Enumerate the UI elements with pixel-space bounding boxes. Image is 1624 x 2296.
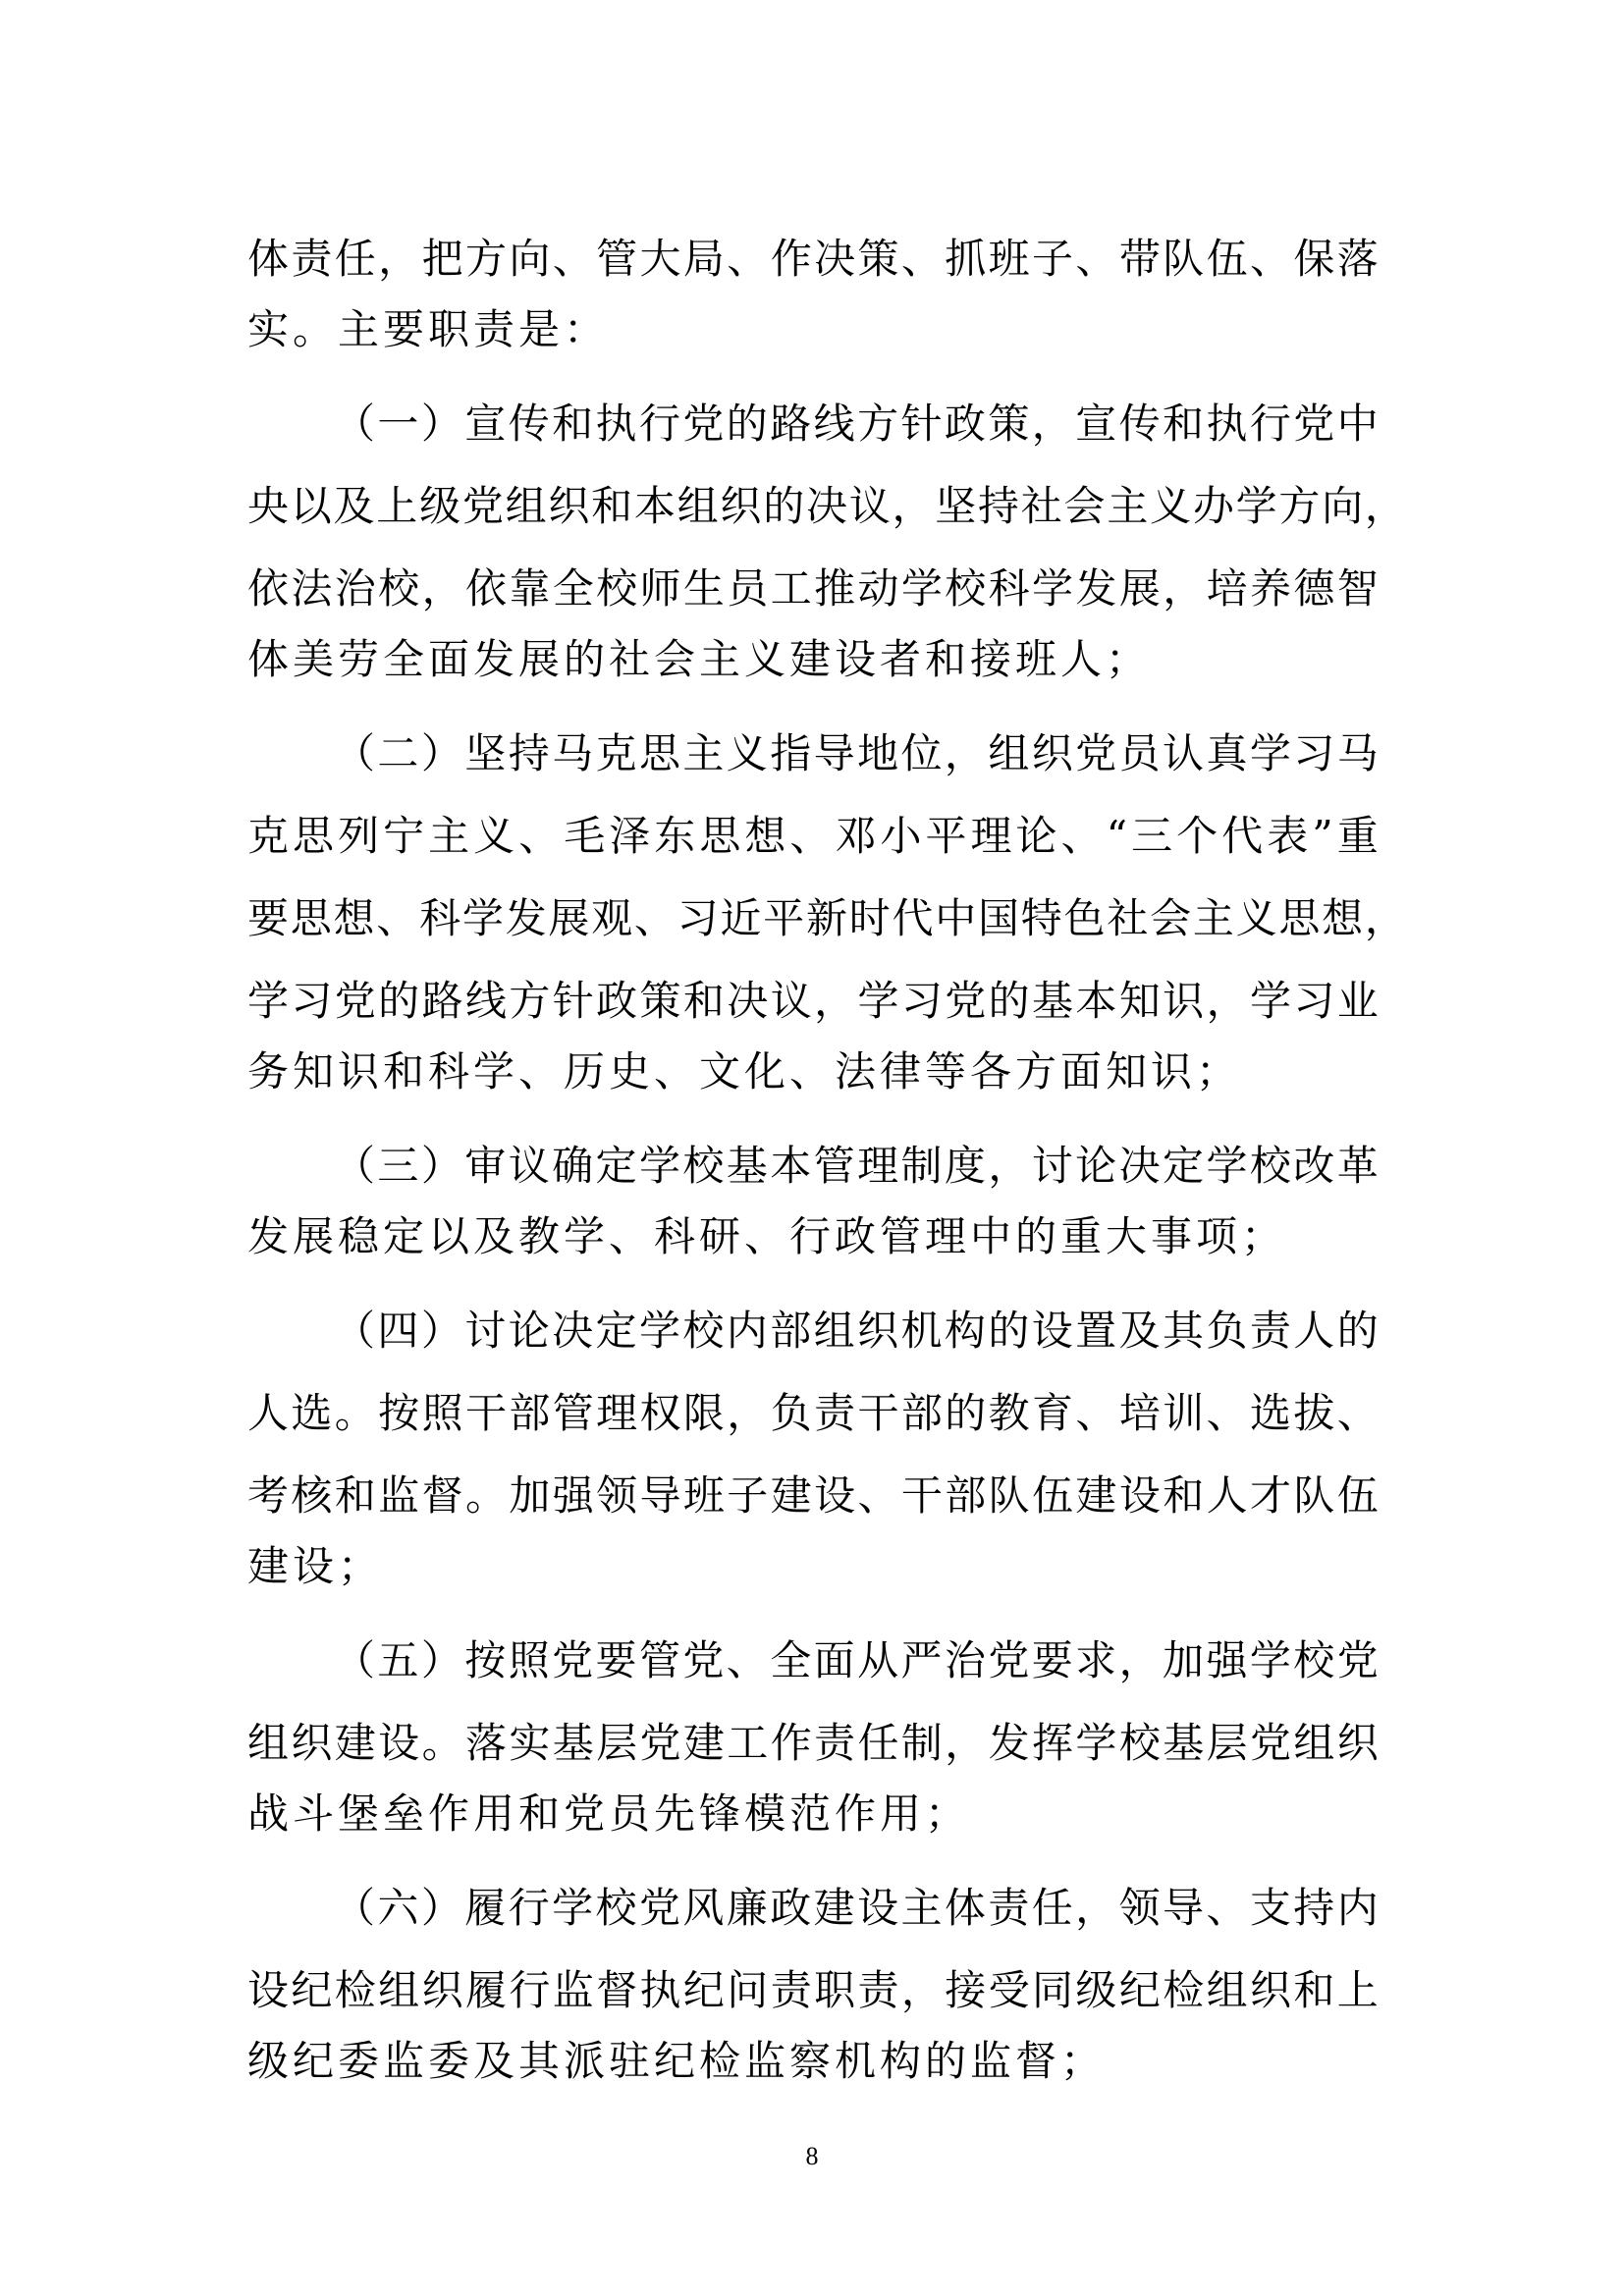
glyph: 传 — [509, 395, 550, 454]
glyph: 部 — [770, 1302, 811, 1361]
glyph: 织 — [857, 1302, 898, 1361]
glyph: 受 — [989, 1961, 1030, 2020]
glyph: 子 — [727, 1467, 768, 1525]
text-line: 实。主要职责是： — [247, 300, 1379, 383]
glyph: 宁 — [383, 807, 424, 866]
glyph: 督 — [596, 1961, 637, 2020]
glyph: 管 — [814, 1137, 855, 1196]
glyph: 责 — [814, 1714, 855, 1773]
glyph: 严 — [900, 1631, 942, 1690]
glyph: 班 — [989, 230, 1030, 289]
glyph: 强 — [1206, 1631, 1247, 1690]
glyph: 义 — [1236, 889, 1277, 948]
glyph: 党 — [462, 477, 504, 536]
glyph: 社 — [1021, 477, 1062, 536]
glyph: 及 — [1119, 1302, 1161, 1361]
text-line: 人选。按照干部管理权限，负责干部的教育、培训、选拔、 — [247, 1372, 1379, 1455]
glyph: 三 — [377, 1137, 418, 1196]
glyph: 履 — [464, 1879, 506, 1938]
glyph: （ — [334, 1879, 375, 1938]
text-line: 克思列宁主义、毛泽东思想、邓小平理论、“三个代表”重 — [247, 795, 1379, 878]
glyph: 伍 — [1337, 1467, 1379, 1525]
glyph: 理 — [857, 1137, 898, 1196]
glyph: 真 — [1206, 724, 1247, 783]
glyph: 推 — [814, 560, 855, 618]
glyph: ） — [421, 1302, 462, 1361]
glyph: 、 — [901, 230, 943, 289]
glyph: 检 — [335, 1961, 376, 2020]
glyph: 织 — [548, 477, 589, 536]
glyph: 、 — [1337, 1384, 1379, 1443]
glyph: 班 — [683, 1467, 725, 1525]
glyph: 任 — [335, 230, 376, 289]
glyph: 人 — [1293, 1302, 1334, 1361]
glyph: 级 — [1075, 1961, 1116, 2020]
glyph: 领 — [596, 1467, 637, 1525]
glyph: 导 — [1163, 1879, 1204, 1938]
glyph: 针 — [900, 395, 942, 454]
glyph: 路 — [422, 972, 463, 1031]
glyph: 线 — [814, 395, 855, 454]
glyph: 求 — [1075, 1631, 1116, 1690]
glyph: 政 — [596, 972, 637, 1031]
glyph: 任 — [1032, 1879, 1073, 1938]
glyph: 置 — [1075, 1302, 1116, 1361]
glyph: 和 — [335, 1467, 376, 1525]
glyph: 廉 — [727, 1879, 768, 1938]
glyph: 展 — [1119, 560, 1161, 618]
glyph: ， — [945, 1714, 986, 1773]
glyph: 人 — [1207, 1467, 1248, 1525]
glyph: 党 — [1075, 724, 1116, 783]
glyph: 工 — [771, 560, 812, 618]
glyph: 执 — [1206, 395, 1247, 454]
glyph: 表 — [1267, 807, 1308, 866]
glyph: 持 — [1293, 1879, 1334, 1938]
glyph: 方 — [1278, 477, 1320, 536]
glyph: 党 — [945, 972, 986, 1031]
glyph: 履 — [465, 1961, 507, 2020]
glyph: 其 — [1163, 1302, 1204, 1361]
glyph: 的 — [945, 1384, 986, 1443]
glyph: 义 — [473, 807, 514, 866]
glyph: 认 — [1163, 724, 1204, 783]
glyph: ， — [901, 1961, 943, 2020]
glyph: 纪 — [1119, 1961, 1161, 2020]
glyph: ， — [1032, 395, 1073, 454]
glyph: 育 — [1032, 1384, 1073, 1443]
glyph: 坚 — [464, 724, 506, 783]
glyph: （ — [334, 395, 375, 454]
glyph: 建 — [1075, 1467, 1116, 1525]
glyph: 。 — [465, 1467, 507, 1525]
glyph: 教 — [989, 1384, 1030, 1443]
glyph: 局 — [683, 230, 725, 289]
glyph: 拔 — [1293, 1384, 1334, 1443]
glyph: 人 — [247, 1384, 289, 1443]
paragraph-2-start: （二）坚持马克思主义指导地位，组织党员认真学习马 — [247, 713, 1379, 795]
glyph: 中 — [1337, 395, 1379, 454]
glyph: 设 — [1119, 1467, 1161, 1525]
glyph: 导 — [640, 1467, 681, 1525]
glyph: 照 — [422, 1384, 463, 1443]
glyph: 策 — [640, 972, 681, 1031]
glyph: 德 — [1293, 560, 1334, 618]
glyph: 政 — [945, 395, 986, 454]
glyph: 策 — [857, 230, 898, 289]
glyph: 想 — [1322, 889, 1363, 948]
glyph: 发 — [506, 889, 547, 948]
glyph: 设 — [247, 1961, 289, 2020]
glyph: ， — [814, 972, 855, 1031]
glyph: 限 — [683, 1384, 725, 1443]
glyph: 策 — [988, 395, 1029, 454]
glyph: 论 — [1075, 1137, 1116, 1196]
glyph: 平 — [763, 889, 804, 948]
glyph: 会 — [1064, 477, 1106, 536]
glyph: 依 — [247, 560, 289, 618]
glyph: 选 — [1250, 1384, 1291, 1443]
paragraph-3-start: （三）审议确定学校基本管理制度，讨论决定学校改革 — [247, 1125, 1379, 1207]
glyph: 宣 — [464, 395, 506, 454]
glyph: ） — [421, 395, 462, 454]
glyph: 议 — [849, 477, 891, 536]
text-line: 务知识和科学、历史、文化、法律等各方面知识； — [247, 1042, 1379, 1125]
glyph: 、 — [1075, 230, 1116, 289]
glyph: 体 — [945, 1879, 986, 1938]
glyph: 队 — [989, 1467, 1030, 1525]
glyph: ） — [421, 1631, 462, 1690]
glyph: 接 — [945, 1961, 986, 2020]
glyph: 党 — [640, 1714, 681, 1773]
glyph: 决 — [1119, 1137, 1161, 1196]
glyph: 平 — [925, 807, 966, 866]
glyph: 位 — [900, 724, 942, 783]
glyph: ” — [1312, 807, 1332, 866]
glyph: 习 — [901, 972, 943, 1031]
glyph: 上 — [376, 477, 417, 536]
glyph: 主 — [1193, 889, 1234, 948]
glyph: 落 — [465, 1714, 507, 1773]
glyph: 才 — [1250, 1467, 1291, 1525]
glyph: （ — [334, 724, 375, 783]
glyph: 领 — [1119, 1879, 1161, 1938]
glyph: 决 — [552, 1302, 593, 1361]
glyph: 行 — [509, 1879, 550, 1938]
glyph: （ — [334, 1631, 375, 1690]
glyph: 持 — [978, 477, 1019, 536]
glyph: 习 — [1293, 972, 1334, 1031]
glyph: 建 — [814, 1879, 855, 1938]
glyph: 、 — [518, 807, 560, 866]
glyph: 织 — [1032, 724, 1073, 783]
text-line: 体责任，把方向、管大局、作决策、抓班子、带队伍、保落 — [247, 218, 1379, 300]
glyph: 层 — [596, 1714, 637, 1773]
glyph: 社 — [1107, 889, 1148, 948]
glyph: 主 — [428, 807, 469, 866]
glyph: 业 — [1337, 972, 1379, 1031]
glyph: 组 — [378, 1961, 419, 2020]
glyph: 学 — [1250, 1631, 1291, 1690]
glyph: 决 — [814, 230, 855, 289]
glyph: 学 — [1206, 1137, 1247, 1196]
glyph: 织 — [422, 1961, 463, 2020]
glyph: 新 — [806, 889, 847, 948]
glyph: 全 — [553, 560, 594, 618]
glyph: 纪 — [683, 1961, 725, 2020]
glyph: 要 — [1032, 1631, 1073, 1690]
glyph: 方 — [509, 972, 550, 1031]
glyph: 坚 — [935, 477, 976, 536]
glyph: （ — [334, 1137, 375, 1196]
glyph: 校 — [945, 560, 986, 618]
body-text: 体责任，把方向、管大局、作决策、抓班子、带队伍、保落 实。主要职责是： （一）宣… — [247, 218, 1379, 2114]
glyph: 的 — [727, 395, 768, 454]
glyph: 织 — [291, 1714, 332, 1773]
glyph: 习 — [291, 972, 332, 1031]
glyph: 思 — [293, 807, 334, 866]
glyph: 党 — [1337, 1631, 1379, 1690]
glyph: 思 — [291, 889, 332, 948]
glyph: 任 — [857, 1714, 898, 1773]
glyph: 依 — [465, 560, 507, 618]
glyph: 办 — [1193, 477, 1234, 536]
glyph: 、 — [1075, 1384, 1116, 1443]
glyph: 体 — [247, 230, 289, 289]
glyph: （ — [334, 1302, 375, 1361]
glyph: 央 — [247, 477, 289, 536]
glyph: 政 — [770, 1879, 811, 1938]
glyph: 确 — [552, 1137, 593, 1196]
glyph: 问 — [727, 1961, 768, 2020]
glyph: 管 — [553, 1384, 594, 1443]
glyph: 按 — [464, 1631, 506, 1690]
glyph: 思 — [1278, 889, 1320, 948]
glyph: 智 — [1337, 560, 1379, 618]
glyph: 督 — [422, 1467, 463, 1525]
glyph: 基 — [1032, 972, 1073, 1031]
glyph: 学 — [1236, 477, 1277, 536]
glyph: 大 — [640, 230, 681, 289]
document-page: 体责任，把方向、管大局、作决策、抓班子、带队伍、保落 实。主要职责是： （一）宣… — [0, 0, 1624, 2296]
glyph: 培 — [1119, 1384, 1161, 1443]
glyph: 把 — [422, 230, 463, 289]
glyph: 核 — [291, 1467, 332, 1525]
glyph: 带 — [1119, 230, 1161, 289]
glyph: 党 — [1293, 395, 1334, 454]
glyph: 行 — [509, 1961, 550, 2020]
glyph: 养 — [1250, 560, 1291, 618]
glyph: 执 — [596, 395, 637, 454]
glyph: 发 — [989, 1714, 1030, 1773]
glyph: 定 — [596, 1302, 637, 1361]
glyph: 学 — [1032, 560, 1073, 618]
glyph: ， — [422, 560, 463, 618]
glyph: ， — [1207, 972, 1248, 1031]
paragraph-5-start: （五）按照党要管党、全面从严治党要求，加强学校党 — [247, 1620, 1379, 1702]
glyph: 责 — [771, 1961, 812, 2020]
glyph: 构 — [945, 1302, 986, 1361]
glyph: 加 — [509, 1467, 550, 1525]
glyph: 组 — [988, 724, 1029, 783]
glyph: 作 — [771, 1714, 812, 1773]
glyph: 校 — [1119, 1714, 1161, 1773]
glyph: 知 — [1119, 972, 1161, 1031]
glyph: 二 — [377, 724, 418, 783]
glyph: 义 — [727, 724, 768, 783]
glyph: 特 — [1021, 889, 1062, 948]
glyph: 主 — [1107, 477, 1148, 536]
glyph: 本 — [634, 477, 676, 536]
glyph: 主 — [682, 724, 724, 783]
glyph: 重 — [1337, 807, 1379, 866]
glyph: 监 — [378, 1467, 419, 1525]
glyph: 定 — [1163, 1137, 1204, 1196]
glyph: 义 — [1150, 477, 1191, 536]
glyph: 生 — [683, 560, 725, 618]
glyph: 想 — [744, 807, 785, 866]
glyph: 检 — [1163, 1961, 1204, 2020]
paragraph-6-start: （六）履行学校党风廉政建设主体责任，领导、支持内 — [247, 1867, 1379, 1949]
glyph: 学 — [1250, 972, 1291, 1031]
glyph: 近 — [720, 889, 761, 948]
glyph: 的 — [763, 477, 804, 536]
glyph: 路 — [770, 395, 811, 454]
glyph: 一 — [377, 395, 418, 454]
glyph: 上 — [1337, 1961, 1379, 2020]
text-line: 考核和监督。加强领导班子建设、干部队伍建设和人才队伍 — [247, 1455, 1379, 1537]
glyph: 度 — [945, 1137, 986, 1196]
glyph: 党 — [988, 1631, 1029, 1690]
glyph: 干 — [465, 1384, 507, 1443]
glyph: 定 — [596, 1137, 637, 1196]
glyph: 组 — [677, 477, 719, 536]
paragraph-1-start: （一）宣传和执行党的路线方针政策，宣传和执行党中 — [247, 383, 1379, 465]
glyph: 科 — [989, 560, 1030, 618]
glyph: 的 — [989, 972, 1030, 1031]
glyph: 四 — [377, 1302, 418, 1361]
glyph: 干 — [901, 1467, 943, 1525]
glyph: 习 — [677, 889, 719, 948]
glyph: 党 — [552, 1631, 593, 1690]
glyph: 级 — [419, 477, 460, 536]
glyph: 议 — [509, 1137, 550, 1196]
glyph: 落 — [1337, 230, 1379, 289]
glyph: 宣 — [1075, 395, 1116, 454]
glyph: 组 — [247, 1714, 289, 1773]
glyph: 全 — [770, 1631, 811, 1690]
glyph: 层 — [1207, 1714, 1248, 1773]
glyph: 、 — [789, 807, 831, 866]
glyph: 。 — [335, 1384, 376, 1443]
glyph: 组 — [814, 1302, 855, 1361]
glyph: 思 — [699, 807, 740, 866]
glyph: ， — [892, 477, 933, 536]
glyph: 校 — [682, 1137, 724, 1196]
glyph: 校 — [378, 560, 419, 618]
text-line: 央以及上级党组织和本组织的决议，坚持社会主义办学方向， — [247, 465, 1406, 548]
glyph: 员 — [1119, 724, 1161, 783]
text-line: 学习党的路线方针政策和决议，学习党的基本知识，学习业 — [247, 960, 1379, 1042]
glyph: 基 — [727, 1137, 768, 1196]
glyph: 设 — [378, 1714, 419, 1773]
glyph: 的 — [378, 972, 419, 1031]
glyph: 监 — [553, 1961, 594, 2020]
glyph: 和 — [683, 972, 725, 1031]
glyph: 组 — [1207, 1961, 1248, 2020]
glyph: ） — [421, 1879, 462, 1938]
glyph: 训 — [1163, 1384, 1204, 1443]
glyph: 实 — [509, 1714, 550, 1773]
glyph: 五 — [377, 1631, 418, 1690]
glyph: ， — [378, 230, 419, 289]
glyph: 展 — [548, 889, 589, 948]
glyph: 织 — [1337, 1714, 1379, 1773]
glyph: 论 — [1016, 807, 1057, 866]
glyph: 子 — [1032, 230, 1073, 289]
glyph: 责 — [988, 1879, 1029, 1938]
glyph: 发 — [1075, 560, 1116, 618]
glyph: 、 — [376, 889, 417, 948]
glyph: 改 — [1293, 1137, 1334, 1196]
glyph: 加 — [1163, 1631, 1204, 1690]
glyph: 三 — [1131, 807, 1172, 866]
glyph: 习 — [1293, 724, 1334, 783]
glyph: 工 — [727, 1714, 768, 1773]
glyph: 线 — [465, 972, 507, 1031]
glyph: 学 — [552, 1879, 593, 1938]
glyph: 照 — [509, 1631, 550, 1690]
glyph: 本 — [770, 1137, 811, 1196]
glyph: 设 — [1032, 1302, 1073, 1361]
glyph: 指 — [770, 724, 811, 783]
glyph: 制 — [901, 1714, 943, 1773]
glyph: 培 — [1207, 560, 1248, 618]
glyph: 管 — [639, 1631, 680, 1690]
glyph: 面 — [814, 1631, 855, 1690]
glyph: ， — [988, 1137, 1029, 1196]
glyph: 行 — [1250, 395, 1291, 454]
glyph: 纪 — [291, 1961, 332, 2020]
glyph: ， — [945, 724, 986, 783]
glyph: 动 — [857, 560, 898, 618]
glyph: 要 — [247, 889, 289, 948]
glyph: 针 — [553, 972, 594, 1031]
glyph: 挥 — [1032, 1714, 1073, 1773]
glyph: 保 — [1293, 230, 1334, 289]
glyph: 治 — [945, 1631, 986, 1690]
glyph: 风 — [682, 1879, 724, 1938]
glyph: 职 — [814, 1961, 855, 2020]
glyph: 校 — [596, 560, 637, 618]
glyph: 决 — [727, 972, 768, 1031]
glyph: 克 — [596, 724, 637, 783]
glyph: 方 — [465, 230, 507, 289]
page-number: 8 — [0, 2142, 1624, 2171]
glyph: ， — [1163, 560, 1204, 618]
glyph: 按 — [378, 1384, 419, 1443]
glyph: 马 — [552, 724, 593, 783]
glyph: 六 — [377, 1879, 418, 1938]
glyph: 党 — [682, 1631, 724, 1690]
glyph: 支 — [1250, 1879, 1291, 1938]
glyph: 学 — [639, 1302, 680, 1361]
glyph: 建 — [771, 1467, 812, 1525]
glyph: 会 — [1150, 889, 1191, 948]
glyph: 东 — [654, 807, 695, 866]
glyph: 学 — [857, 972, 898, 1031]
glyph: 伍 — [1207, 230, 1248, 289]
